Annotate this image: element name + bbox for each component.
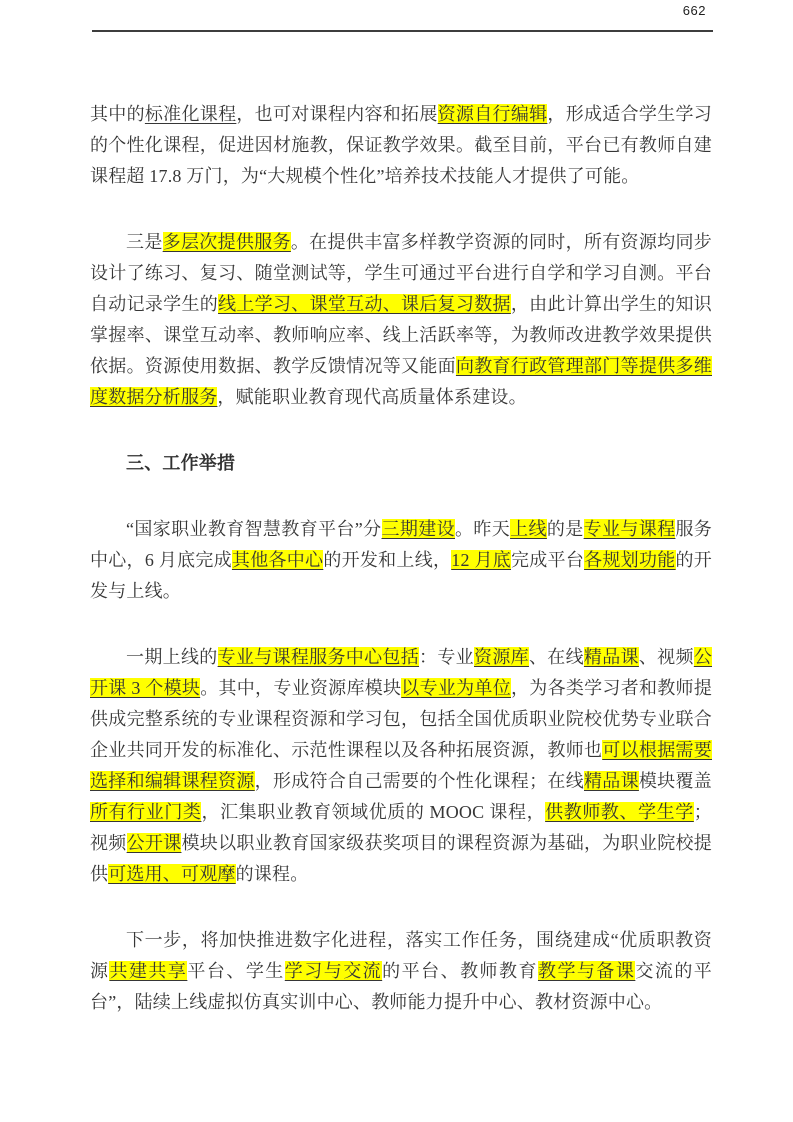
highlighted-text: 可选用、可观摩	[108, 864, 235, 884]
text-run: ，赋能职业教育现代高质量体系建设。	[217, 387, 526, 407]
text-run: ，汇集职业教育领域优质的 MOOC 课程，	[201, 802, 545, 822]
text-run: 平台、学生	[187, 961, 284, 981]
text-run: 一期上线的	[126, 647, 218, 667]
text-run: 完成平台	[511, 550, 584, 570]
highlighted-text: 其他各中心	[232, 550, 323, 570]
highlighted-text: 资源自行编辑	[438, 104, 548, 124]
text-run: 的是	[547, 519, 584, 539]
highlighted-text: 所有行业门类	[90, 802, 201, 822]
highlighted-text: 资源库	[474, 647, 529, 667]
paragraph: 下一步，将加快推进数字化进程，落实工作任务，围绕建成“优质职教资源共建共享平台、…	[90, 925, 712, 1018]
text-run: 三、工作举措	[126, 453, 235, 473]
text-run: “国家职业教育智慧教育平台”分	[126, 519, 382, 539]
highlighted-text: 精品课	[584, 771, 639, 791]
page-number: 662	[683, 3, 706, 18]
highlighted-text: 教学与备课	[538, 961, 635, 981]
highlighted-text: 供教师教、学生学	[545, 802, 694, 822]
paragraph: 三是多层次提供服务。在提供丰富多样教学资源的同时，所有资源均同步设计了练习、复习…	[90, 227, 712, 413]
text-run: 模块覆盖	[639, 771, 712, 791]
highlighted-text: 公开课	[127, 833, 182, 853]
text-run: ，形成符合自己需要的个性化课程；在线	[255, 771, 584, 791]
paragraph: 一期上线的专业与课程服务中心包括：专业资源库、在线精品课、视频公开课 3 个模块…	[90, 642, 712, 890]
highlighted-text: 专业与课程服务中心包括	[218, 647, 419, 667]
text-run: 。其中，专业资源库模块	[200, 678, 401, 698]
text-run: 、在线	[529, 647, 584, 667]
text-run: 的课程。	[236, 864, 309, 884]
highlighted-text: 共建共享	[109, 961, 187, 981]
text-run: 。昨天	[455, 519, 510, 539]
paragraph: 其中的标准化课程，也可对课程内容和拓展资源自行编辑，形成适合学生学习的个性化课程…	[90, 99, 712, 192]
highlighted-text: 专业与课程	[584, 519, 676, 539]
paragraph: “国家职业教育智慧教育平台”分三期建设。昨天上线的是专业与课程服务中心，6 月底…	[90, 514, 712, 607]
underlined-text: 标准化课程	[145, 104, 236, 124]
highlighted-text: 多层次提供服务	[163, 232, 291, 252]
section-heading: 三、工作举措	[90, 448, 712, 479]
text-run: 其中的	[90, 104, 145, 124]
text-run: ：专业	[419, 647, 474, 667]
highlighted-text: 学习与交流	[285, 961, 382, 981]
header-rule	[92, 30, 713, 32]
text-run: 、视频	[639, 647, 694, 667]
document-page: 662 其中的标准化课程，也可对课程内容和拓展资源自行编辑，形成适合学生学习的个…	[0, 0, 793, 1122]
highlighted-text: 以专业为单位	[401, 678, 511, 698]
highlighted-text: 线上学习、课堂互动、课后复习数据	[218, 294, 511, 314]
text-run: ，也可对课程内容和拓展	[236, 104, 437, 124]
highlighted-text: 上线	[510, 519, 547, 539]
text-run: 三是	[126, 232, 163, 252]
document-body: 其中的标准化课程，也可对课程内容和拓展资源自行编辑，形成适合学生学习的个性化课程…	[90, 99, 712, 1053]
highlighted-text: 三期建设	[382, 519, 455, 539]
highlighted-text: 12 月底	[451, 550, 511, 570]
highlighted-text: 精品课	[584, 647, 639, 667]
text-run: 的平台、教师教育	[382, 961, 538, 981]
highlighted-text: 各规划功能	[584, 550, 675, 570]
text-run: 的开发和上线，	[323, 550, 451, 570]
